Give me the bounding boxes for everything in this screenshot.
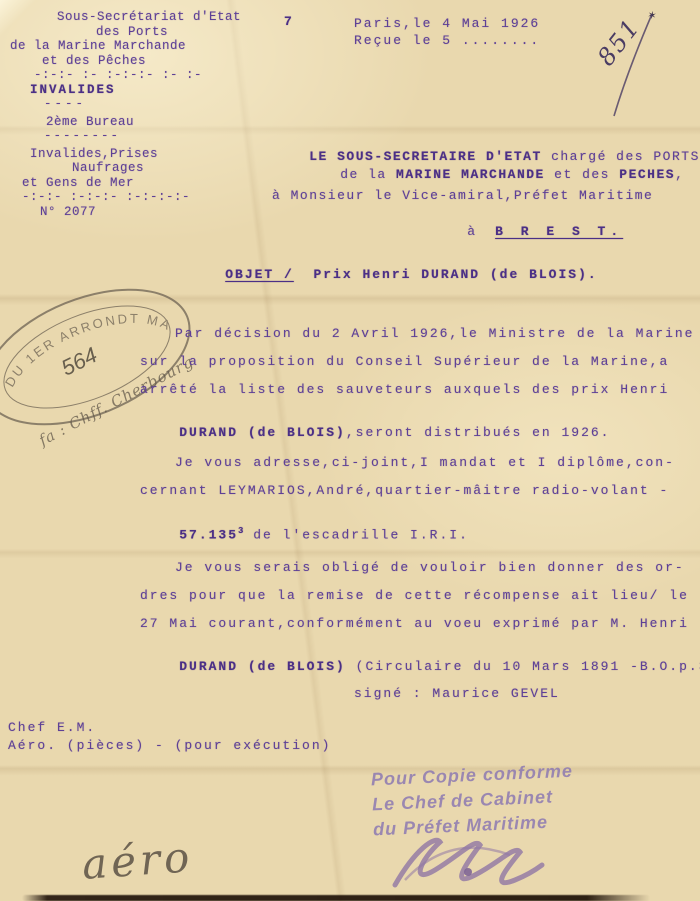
letterhead: Sous-Secrétariat d'Etat des Ports de la … bbox=[0, 10, 250, 219]
addressee-text: et des bbox=[545, 167, 619, 182]
body-line: cernant LEYMARIOS,André,quartier-mâitre … bbox=[140, 483, 669, 498]
body-line: 27 Mai courant,conformément au voeu expr… bbox=[140, 616, 689, 631]
letterhead-line: et Gens de Mer bbox=[0, 176, 250, 191]
addressee-text: , bbox=[675, 167, 684, 182]
footer-service-line-1: Chef E.M. bbox=[8, 720, 96, 735]
letterhead-line: Sous-Secrétariat d'Etat bbox=[0, 10, 250, 25]
addressee-line-4: à B R E S T. bbox=[430, 209, 623, 254]
body-line: Je vous serais obligé de vouloir bien do… bbox=[175, 560, 685, 575]
addressee-prefix: à bbox=[467, 224, 476, 239]
body-line: dres pour que la remise de cette récompe… bbox=[140, 588, 689, 603]
scan-edge-shadow bbox=[22, 895, 650, 901]
body-line: 57.1353 de l'escadrille I.R.I. bbox=[140, 511, 469, 557]
letterhead-line: Invalides,Prises bbox=[0, 144, 250, 162]
body-line: Je vous adresse,ci-joint,I mandat et I d… bbox=[175, 455, 675, 470]
signature-scribble bbox=[380, 830, 550, 900]
body-text: ,seront distribués en 1926. bbox=[346, 425, 611, 440]
oval-stamp-number: 564 bbox=[57, 342, 101, 381]
body-text-bold: DURAND (de BLOIS) bbox=[179, 425, 346, 440]
addressee-text-bold: PECHES bbox=[619, 167, 675, 182]
body-line: Par décision du 2 Avril 1926,le Ministre… bbox=[175, 326, 694, 341]
handwritten-flourish-stroke bbox=[590, 12, 660, 122]
letterhead-line: de la Marine Marchande bbox=[0, 39, 250, 54]
footer-service-line-2: Aéro. (pièces) - (pour exécution) bbox=[8, 738, 331, 753]
subject-line: OBJET / Prix Henri DURAND (de BLOIS). bbox=[186, 252, 598, 297]
body-text: de l'escadrille I.R.I. bbox=[243, 527, 468, 542]
reference-number: N° 2077 bbox=[0, 205, 250, 220]
matricule-number: 57.135 bbox=[179, 527, 238, 542]
letterhead-line: des Ports bbox=[0, 25, 250, 40]
date-line: Paris,le 4 Mai 1926 bbox=[354, 16, 540, 31]
addressee-line-3: à Monsieur le Vice-amiral,Préfet Maritim… bbox=[272, 188, 653, 203]
letterhead-line: Naufrages bbox=[0, 161, 250, 176]
subject-label: OBJET / bbox=[225, 267, 294, 282]
addressee-city: B R E S T. bbox=[495, 224, 623, 239]
letterhead-divider: -------- bbox=[0, 129, 250, 144]
body-text-bold: DURAND (de BLOIS) bbox=[179, 659, 346, 674]
letterhead-divider: -:-:- :- :-:-:- :- :- bbox=[0, 68, 250, 83]
letterhead-line: INVALIDES bbox=[0, 83, 250, 98]
subject-text: Prix Henri DURAND (de BLOIS). bbox=[313, 267, 597, 282]
body-line: DURAND (de BLOIS),seront distribués en 1… bbox=[140, 410, 610, 455]
letterhead-divider: ---- bbox=[0, 97, 250, 112]
document-page: Sous-Secrétariat d'Etat des Ports de la … bbox=[0, 0, 700, 901]
body-line: sur la proposition du Conseil Supérieur … bbox=[140, 354, 669, 369]
letterhead-divider: -:-:- :-:-:- :-:-:-:- bbox=[0, 190, 250, 205]
page-number: 7 bbox=[284, 14, 294, 29]
signed-by-line: signé : Maurice GEVEL bbox=[354, 686, 560, 701]
body-line: arrêté la liste des sauveteurs auxquels … bbox=[140, 382, 669, 397]
handwritten-aero-note: aéro bbox=[80, 832, 194, 889]
body-text: (Circulaire du 10 Mars 1891 -B.O.p.375) bbox=[346, 659, 700, 674]
body-line: DURAND (de BLOIS) (Circulaire du 10 Mars… bbox=[140, 644, 700, 689]
received-date-line: Reçue le 5 ........ bbox=[354, 33, 540, 48]
addressee-text-bold: MARINE MARCHANDE bbox=[396, 167, 545, 182]
letterhead-line: 2ème Bureau bbox=[0, 112, 250, 130]
letterhead-line: et des Pêches bbox=[0, 54, 250, 69]
addressee-text: de la bbox=[340, 167, 396, 182]
